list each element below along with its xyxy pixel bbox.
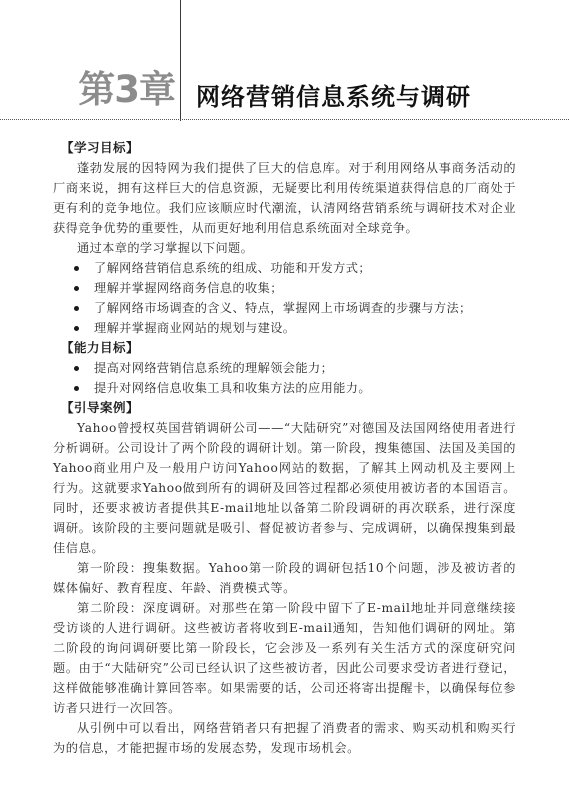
- list-item-text: 理解并掌握网络商务信息的收集；: [94, 281, 283, 295]
- learning-goals-list: 了解网络营销信息系统的组成、功能和开发方式； 理解并掌握网络商务信息的收集； 了…: [53, 258, 516, 338]
- case-paragraph-phase-one: 第一阶段：搜集数据。Yahoo第一阶段的调研包括10个问题，涉及被访者的媒体偏好…: [53, 558, 516, 598]
- chapter-number: 第3章: [57, 68, 175, 112]
- section-heading-ability-goals: 【能力目标】: [61, 338, 516, 358]
- list-item: 提升对网络信息收集工具和收集方法的应用能力。: [53, 378, 516, 398]
- list-item-text: 了解网络营销信息系统的组成、功能和开发方式；: [94, 261, 371, 275]
- list-item-text: 了解网络市场调查的含义、特点，掌握网上市场调查的步骤与方法；: [94, 301, 472, 315]
- list-item: 了解网络市场调查的含义、特点，掌握网上市场调查的步骤与方法；: [53, 298, 516, 318]
- bullet-icon: [74, 266, 79, 271]
- list-item: 提高对网络营销信息系统的理解领会能力；: [53, 358, 516, 378]
- header-dotted-rule: [0, 119, 569, 120]
- case-paragraph-conclusion: 从引例中可以看出，网络营销者只有把握了消费者的需求、购买动机和购买行为的信息，才…: [53, 718, 516, 758]
- section-lead-case: 【引导案例】 Yahoo曾授权英国营销调研公司——“大陆研究”对德国及法国网络使…: [53, 398, 516, 758]
- bullet-icon: [74, 386, 79, 391]
- header-vertical-rule: [180, 0, 181, 121]
- section-ability-goals: 【能力目标】 提高对网络营销信息系统的理解领会能力； 提升对网络信息收集工具和收…: [53, 338, 516, 398]
- case-paragraph-phase-two: 第二阶段：深度调研。对那些在第一阶段中留下了E-mail地址并同意继续接受访谈的…: [53, 598, 516, 718]
- chapter-header: 第3章 网络营销信息系统与调研: [0, 0, 569, 122]
- section-heading-lead-case: 【引导案例】: [61, 398, 516, 418]
- bullet-icon: [74, 326, 79, 331]
- list-item-text: 提升对网络信息收集工具和收集方法的应用能力。: [94, 381, 371, 395]
- bullet-icon: [74, 286, 79, 291]
- page-body: 【学习目标】 蓬勃发展的因特网为我们提供了巨大的信息库。对于利用网络从事商务活动…: [53, 138, 516, 758]
- section-heading-learning-goals: 【学习目标】: [61, 138, 516, 158]
- learning-goals-intro: 蓬勃发展的因特网为我们提供了巨大的信息库。对于利用网络从事商务活动的厂商来说，拥…: [53, 158, 516, 238]
- list-item: 理解并掌握商业网站的规划与建设。: [53, 318, 516, 338]
- list-item-text: 提高对网络营销信息系统的理解领会能力；: [94, 361, 333, 375]
- bullet-icon: [74, 306, 79, 311]
- ability-goals-list: 提高对网络营销信息系统的理解领会能力； 提升对网络信息收集工具和收集方法的应用能…: [53, 358, 516, 398]
- section-learning-goals: 【学习目标】 蓬勃发展的因特网为我们提供了巨大的信息库。对于利用网络从事商务活动…: [53, 138, 516, 338]
- list-item: 了解网络营销信息系统的组成、功能和开发方式；: [53, 258, 516, 278]
- chapter-title: 网络营销信息系统与调研: [196, 82, 471, 112]
- list-item: 理解并掌握网络商务信息的收集；: [53, 278, 516, 298]
- learning-goals-lead: 通过本章的学习掌握以下问题。: [53, 238, 516, 258]
- bullet-icon: [74, 366, 79, 371]
- list-item-text: 理解并掌握商业网站的规划与建设。: [94, 321, 295, 335]
- case-paragraph-intro: Yahoo曾授权英国营销调研公司——“大陆研究”对德国及法国网络使用者进行分析调…: [53, 418, 516, 558]
